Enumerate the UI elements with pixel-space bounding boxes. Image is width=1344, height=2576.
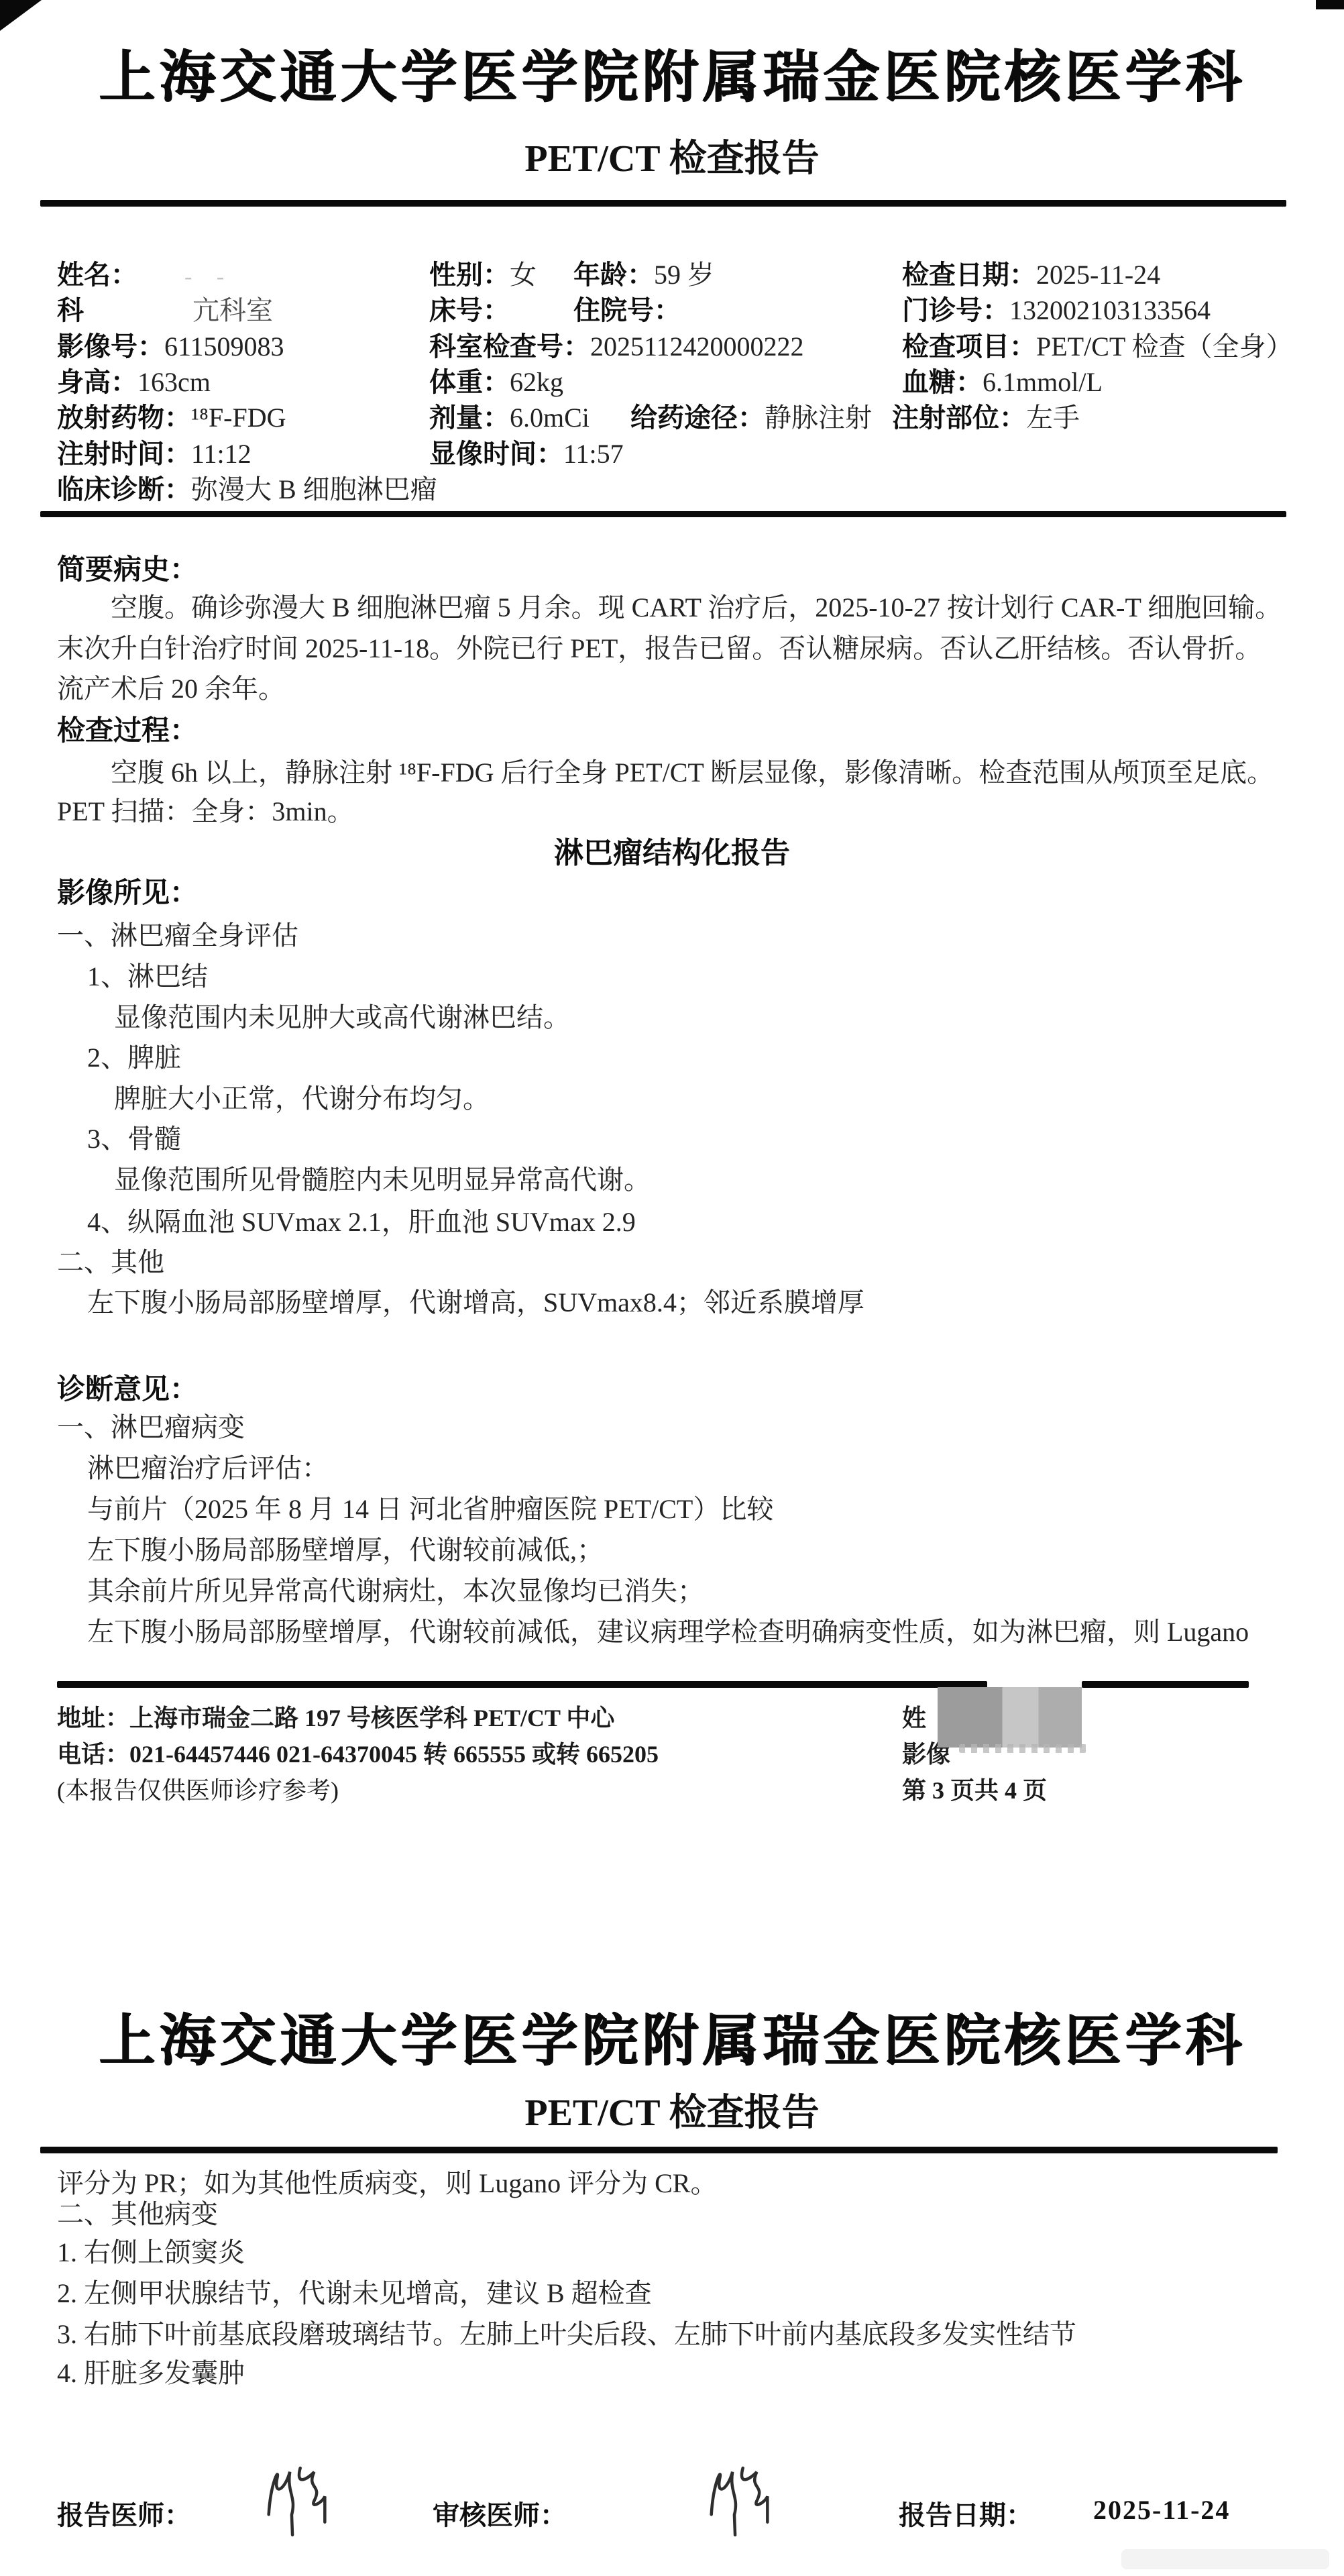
history-line: 流产术后 20 余年。	[57, 667, 285, 706]
hospital-title: 上海交通大学医学院附属瑞金医院核医学科	[0, 32, 1344, 113]
reporter-signature	[237, 2446, 367, 2545]
impression-line: 左下腹小肠局部肠壁增厚，代谢较前减低,；	[87, 1529, 604, 1567]
route-label: 给药途径：	[630, 402, 765, 433]
procedure-heading: 检查过程：	[57, 708, 198, 749]
image-no-value: 611509083	[164, 331, 284, 362]
page2-line: 3. 右肺下叶前基底段磨玻璃结节。左肺上叶尖后段、左肺下叶前内基底段多发实性结节	[57, 2313, 1076, 2351]
weight-value: 62kg	[510, 367, 563, 397]
outpatient-label: 门诊号：	[902, 295, 1009, 325]
diagnosis-label: 临床诊断：	[57, 474, 191, 504]
weight-label: 体重：	[429, 367, 510, 397]
patient-info-row: 姓名：- - 性别：女 年龄：59 岁 检查日期：2025-11-24	[0, 254, 1344, 290]
height-value: 163cm	[137, 367, 211, 397]
patient-info-row: 影像号：611509083 科室检查号：2025112420000222 检查项…	[0, 325, 1344, 362]
footer-phone: 电话：021-64457446 021-64370045 转 665555 或转…	[57, 1735, 659, 1770]
dept-label: 科	[57, 295, 84, 325]
outpatient-value: 132002103133564	[1009, 295, 1211, 325]
footer-divider-left	[57, 1681, 987, 1688]
patient-info-row: 科 亢科室 床号： 住院号： 门诊号：132002103133564	[0, 289, 1344, 325]
dept-exam-no-value: 2025112420000222	[590, 331, 804, 362]
report-date-value: 2025-11-24	[1093, 2494, 1230, 2526]
exam-item-value: PET/CT 检查（全身）	[1036, 331, 1293, 362]
finding-line: 1、淋巴结	[87, 955, 208, 994]
exam-item-label: 检查项目：	[902, 331, 1036, 362]
footer-name-label: 姓	[902, 1699, 926, 1733]
finding-line: 显像范围内未见肿大或高代谢淋巴结。	[114, 996, 570, 1034]
report-title: PET/CT 检查报告	[0, 129, 1344, 182]
patient-info-row: 临床诊断：弥漫大 B 细胞淋巴瘤	[0, 468, 1344, 504]
findings-heading: 影像所见：	[57, 871, 198, 911]
finding-line: 2、脾脏	[87, 1036, 181, 1075]
image-no-label: 影像号：	[57, 331, 164, 362]
reviewer-label: 审核医师：	[433, 2494, 567, 2532]
diagnosis-value: 弥漫大 B 细胞淋巴瘤	[191, 474, 437, 504]
finding-line: 左下腹小肠局部肠壁增厚，代谢增高，SUVmax8.4；邻近系膜增厚	[87, 1281, 864, 1320]
tracer-label: 放射药物：	[57, 402, 191, 433]
patient-info-row: 注射时间：11:12 显像时间：11:57	[0, 433, 1344, 469]
redaction-box	[938, 1687, 1082, 1748]
reviewer-signature	[680, 2446, 809, 2545]
dose-label: 剂量：	[429, 402, 510, 433]
impression-line: 左下腹小肠局部肠壁增厚，代谢较前减低，建议病理学检查明确病变性质，如为淋巴瘤，则…	[87, 1611, 1249, 1649]
route-value: 静脉注射	[765, 402, 872, 433]
finding-line: 显像范围所见骨髓腔内未见明显异常高代谢。	[114, 1159, 651, 1197]
reporter-label: 报告医师：	[57, 2494, 191, 2532]
report-document: 上海交通大学医学院附属瑞金医院核医学科 PET/CT 检查报告 姓名：- - 性…	[0, 0, 1344, 2576]
scan-artifact-top-right	[1316, 0, 1344, 9]
dept-exam-no-label: 科室检查号：	[429, 331, 590, 362]
inpatient-label: 住院号：	[573, 295, 681, 325]
impression-line: 与前片（2025 年 8 月 14 日 河北省肿瘤医院 PET/CT）比较	[87, 1488, 773, 1526]
procedure-line: PET 扫描：全身：3min。	[57, 790, 354, 828]
footer-address: 地址：上海市瑞金二路 197 号核医学科 PET/CT 中心	[57, 1699, 614, 1733]
finding-line: 二、其他	[57, 1241, 164, 1279]
history-line: 末次升白针治疗时间 2025-11-18。外院已行 PET，报告已留。否认糖尿病…	[57, 627, 1262, 665]
imaging-time-label: 显像时间：	[429, 439, 563, 469]
page2-line: 二、其他病变	[57, 2193, 218, 2231]
finding-line: 一、淋巴瘤全身评估	[57, 914, 298, 953]
gender-label: 性别：	[429, 260, 510, 290]
exam-date-value: 2025-11-24	[1036, 260, 1160, 290]
page2-line: 4. 肝脏多发囊肿	[57, 2352, 245, 2390]
page2-line: 1. 右侧上颌窦炎	[57, 2231, 245, 2269]
scan-artifact-top-left	[0, 0, 42, 31]
age-label: 年龄：	[573, 260, 654, 290]
impression-line: 一、淋巴瘤病变	[57, 1406, 245, 1444]
impression-line: 淋巴瘤治疗后评估：	[87, 1447, 329, 1485]
bed-label: 床号：	[429, 295, 510, 325]
glucose-value: 6.1mmol/L	[983, 367, 1103, 397]
scan-smudge	[1121, 2549, 1329, 2569]
gender-value: 女	[510, 260, 537, 290]
finding-line: 4、纵隔血池 SUVmax 2.1，肝血池 SUVmax 2.9	[87, 1201, 636, 1239]
impression-line: 其余前片所见异常高代谢病灶，本次显像均已消失；	[87, 1570, 704, 1608]
dept-value: 亢科室	[192, 295, 273, 325]
glucose-label: 血糖：	[902, 367, 983, 397]
finding-line: 3、骨髓	[87, 1118, 181, 1156]
page2-line: 2. 左侧甲状腺结节，代谢未见增高，建议 B 超检查	[57, 2272, 652, 2310]
info-divider	[40, 511, 1286, 517]
name-redaction-marks: - -	[184, 264, 233, 289]
height-label: 身高：	[57, 367, 137, 397]
impression-heading: 诊断意见：	[57, 1367, 198, 1407]
site-label: 注射部位：	[892, 402, 1026, 433]
history-heading: 简要病史：	[57, 547, 198, 588]
page-number: 第 3 页共 4 页	[902, 1772, 1047, 1806]
inject-time-label: 注射时间：	[57, 439, 191, 469]
report-title-page2: PET/CT 检查报告	[0, 2083, 1344, 2137]
history-line: 空腹。确诊弥漫大 B 细胞淋巴瘤 5 月余。现 CART 治疗后，2025-10…	[57, 586, 1282, 625]
redaction-remnant	[959, 1744, 1086, 1753]
patient-info-row: 身高：163cm 体重：62kg 血糖：6.1mmol/L	[0, 361, 1344, 397]
site-value: 左手	[1026, 402, 1080, 433]
finding-line: 脾脏大小正常，代谢分布均匀。	[114, 1077, 490, 1116]
hospital-title-page2: 上海交通大学医学院附属瑞金医院核医学科	[0, 1996, 1344, 2077]
header-divider	[40, 200, 1286, 207]
header-divider-page2	[40, 2147, 1278, 2153]
age-value: 59 岁	[654, 260, 714, 290]
imaging-time-value: 11:57	[563, 439, 624, 469]
structured-report-title: 淋巴瘤结构化报告	[0, 828, 1344, 871]
inject-time-value: 11:12	[191, 439, 251, 469]
footer-note: (本报告仅供医师诊疗参考)	[57, 1772, 339, 1806]
procedure-line: 空腹 6h 以上，静脉注射 ¹⁸F-FDG 后行全身 PET/CT 断层显像，影…	[57, 751, 1274, 790]
patient-info-row: 放射药物：¹⁸F-FDG 剂量：6.0mCi 给药途径：静脉注射 注射部位：左手	[0, 396, 1344, 433]
footer-divider-right	[1082, 1681, 1249, 1688]
tracer-value: ¹⁸F-FDG	[191, 402, 286, 433]
report-date-label: 报告日期：	[899, 2494, 1033, 2532]
name-label: 姓名：	[57, 260, 137, 290]
exam-date-label: 检查日期：	[902, 260, 1036, 290]
dose-value: 6.0mCi	[510, 402, 590, 433]
